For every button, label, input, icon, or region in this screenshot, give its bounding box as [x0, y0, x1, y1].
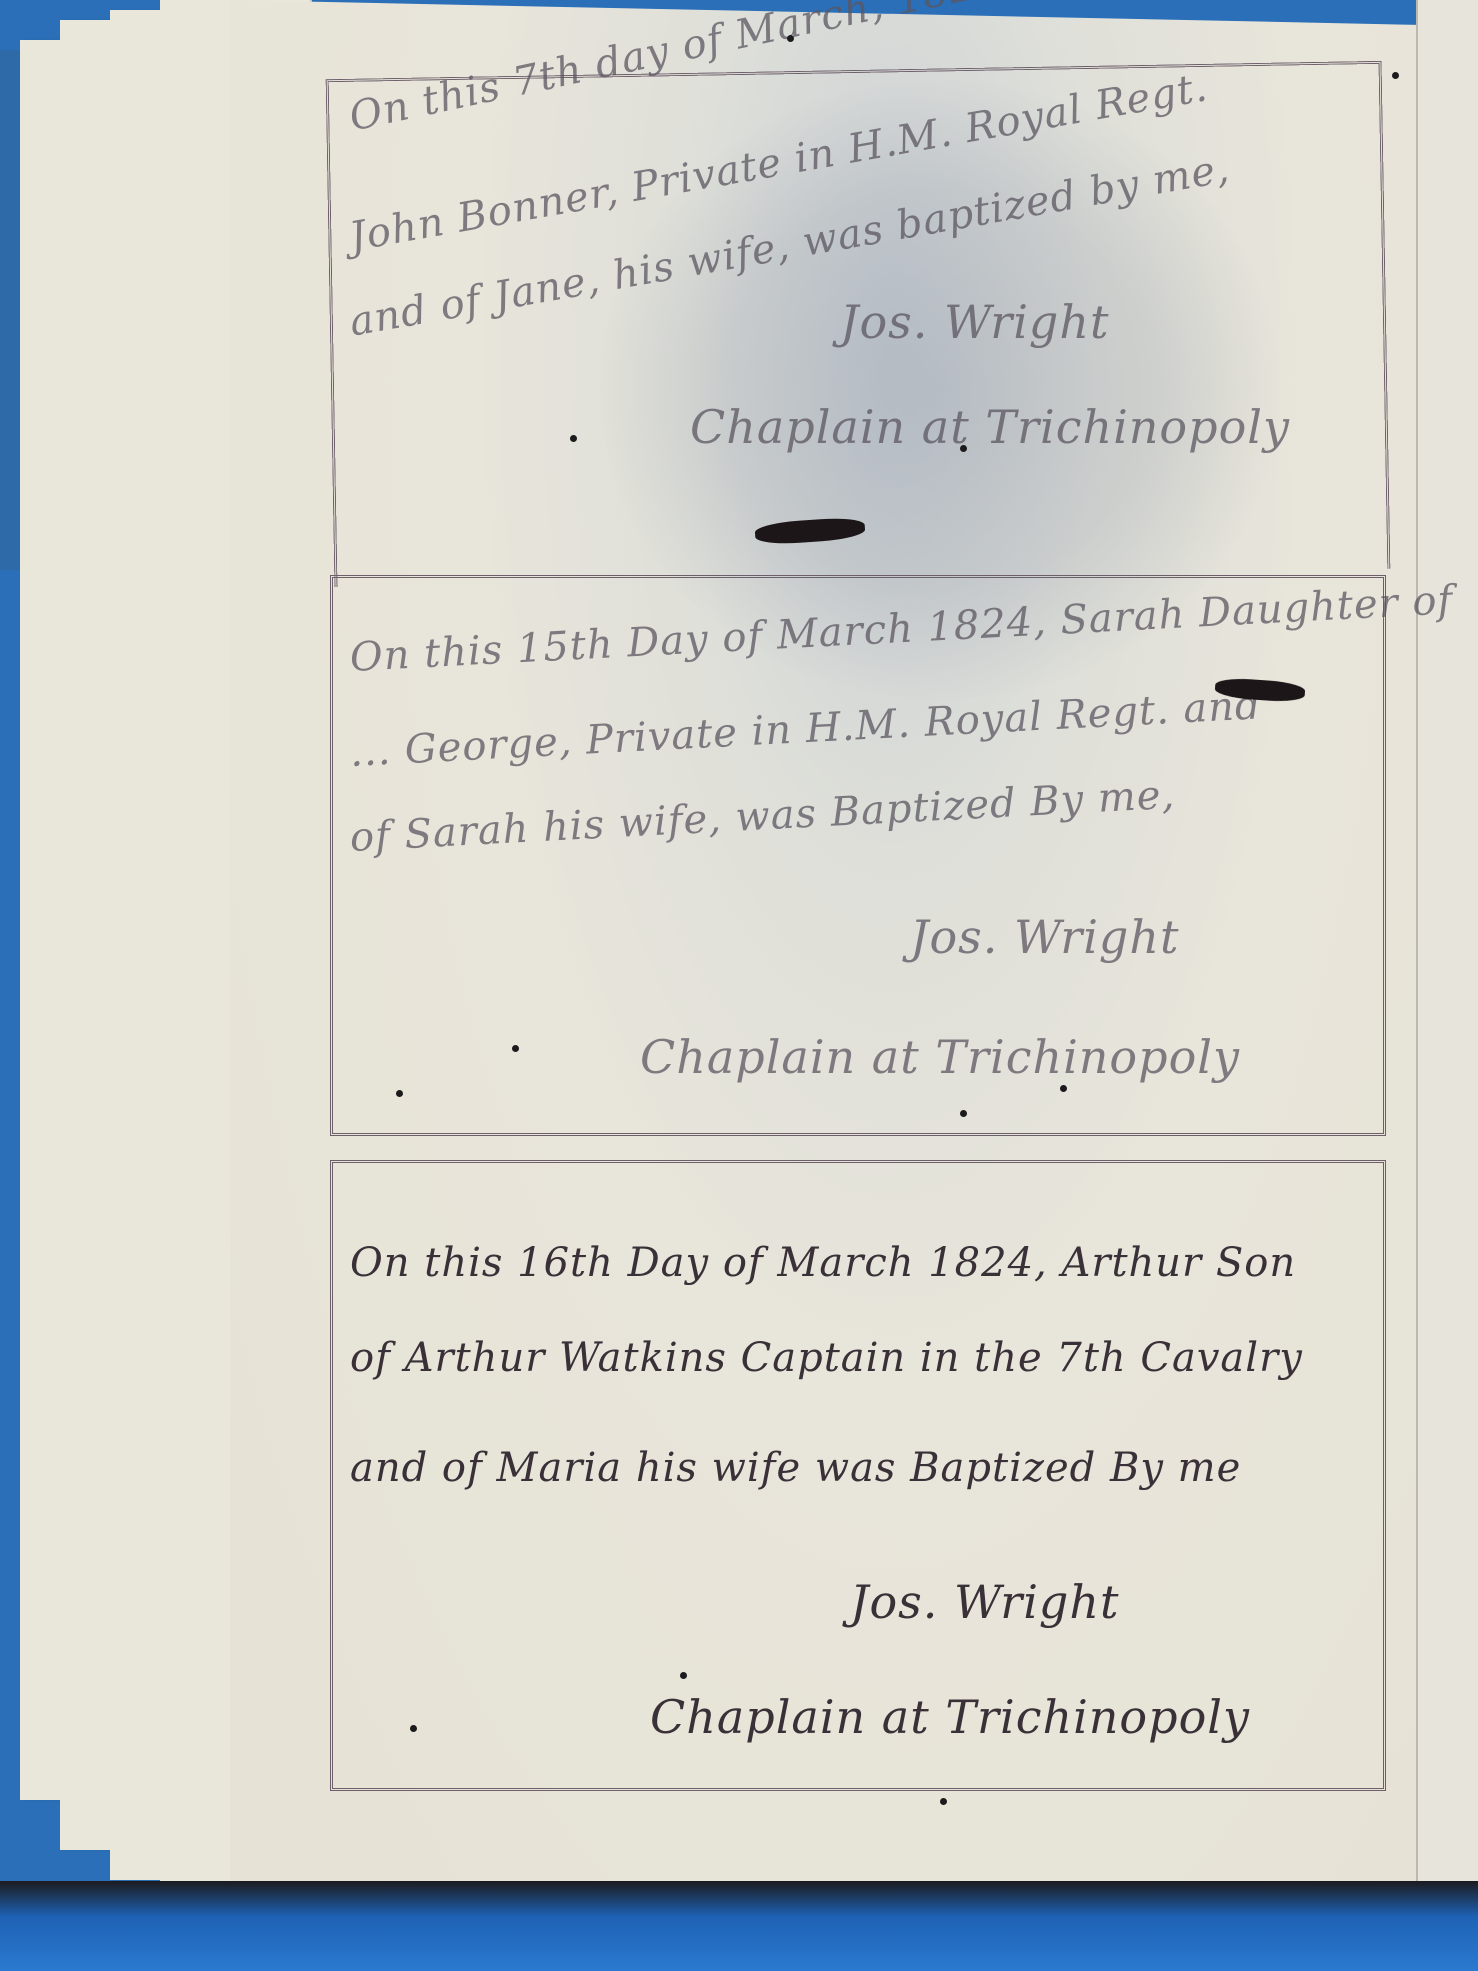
- ink-dot: [410, 1725, 417, 1732]
- ink-dot: [940, 1798, 947, 1805]
- ink-dot: [1392, 72, 1399, 79]
- table-surface: [0, 1881, 1478, 1971]
- signature-title: Chaplain at Trichinopoly: [690, 400, 1290, 454]
- signature: Jos. Wright: [850, 1575, 1119, 1629]
- ink-dot: [512, 1045, 519, 1052]
- entry-text-line: and of Maria his wife was Baptized By me: [350, 1445, 1241, 1491]
- entry-text-line: On this 16th Day of March 1824, Arthur S…: [350, 1240, 1296, 1286]
- ink-dot: [396, 1090, 403, 1097]
- ink-dot: [960, 445, 967, 452]
- signature-title: Chaplain at Trichinopoly: [650, 1690, 1250, 1744]
- ink-dot: [570, 435, 577, 442]
- book-right-edge: [1416, 0, 1478, 1935]
- entry-text-line: of Arthur Watkins Captain in the 7th Cav…: [350, 1335, 1303, 1381]
- ink-dot: [960, 1110, 967, 1117]
- signature: Jos. Wright: [910, 910, 1179, 964]
- ink-dot: [680, 1672, 687, 1679]
- signature-title: Chaplain at Trichinopoly: [640, 1030, 1240, 1084]
- signature: Jos. Wright: [840, 295, 1109, 349]
- ink-dot: [787, 35, 794, 42]
- ink-dot: [1060, 1085, 1067, 1092]
